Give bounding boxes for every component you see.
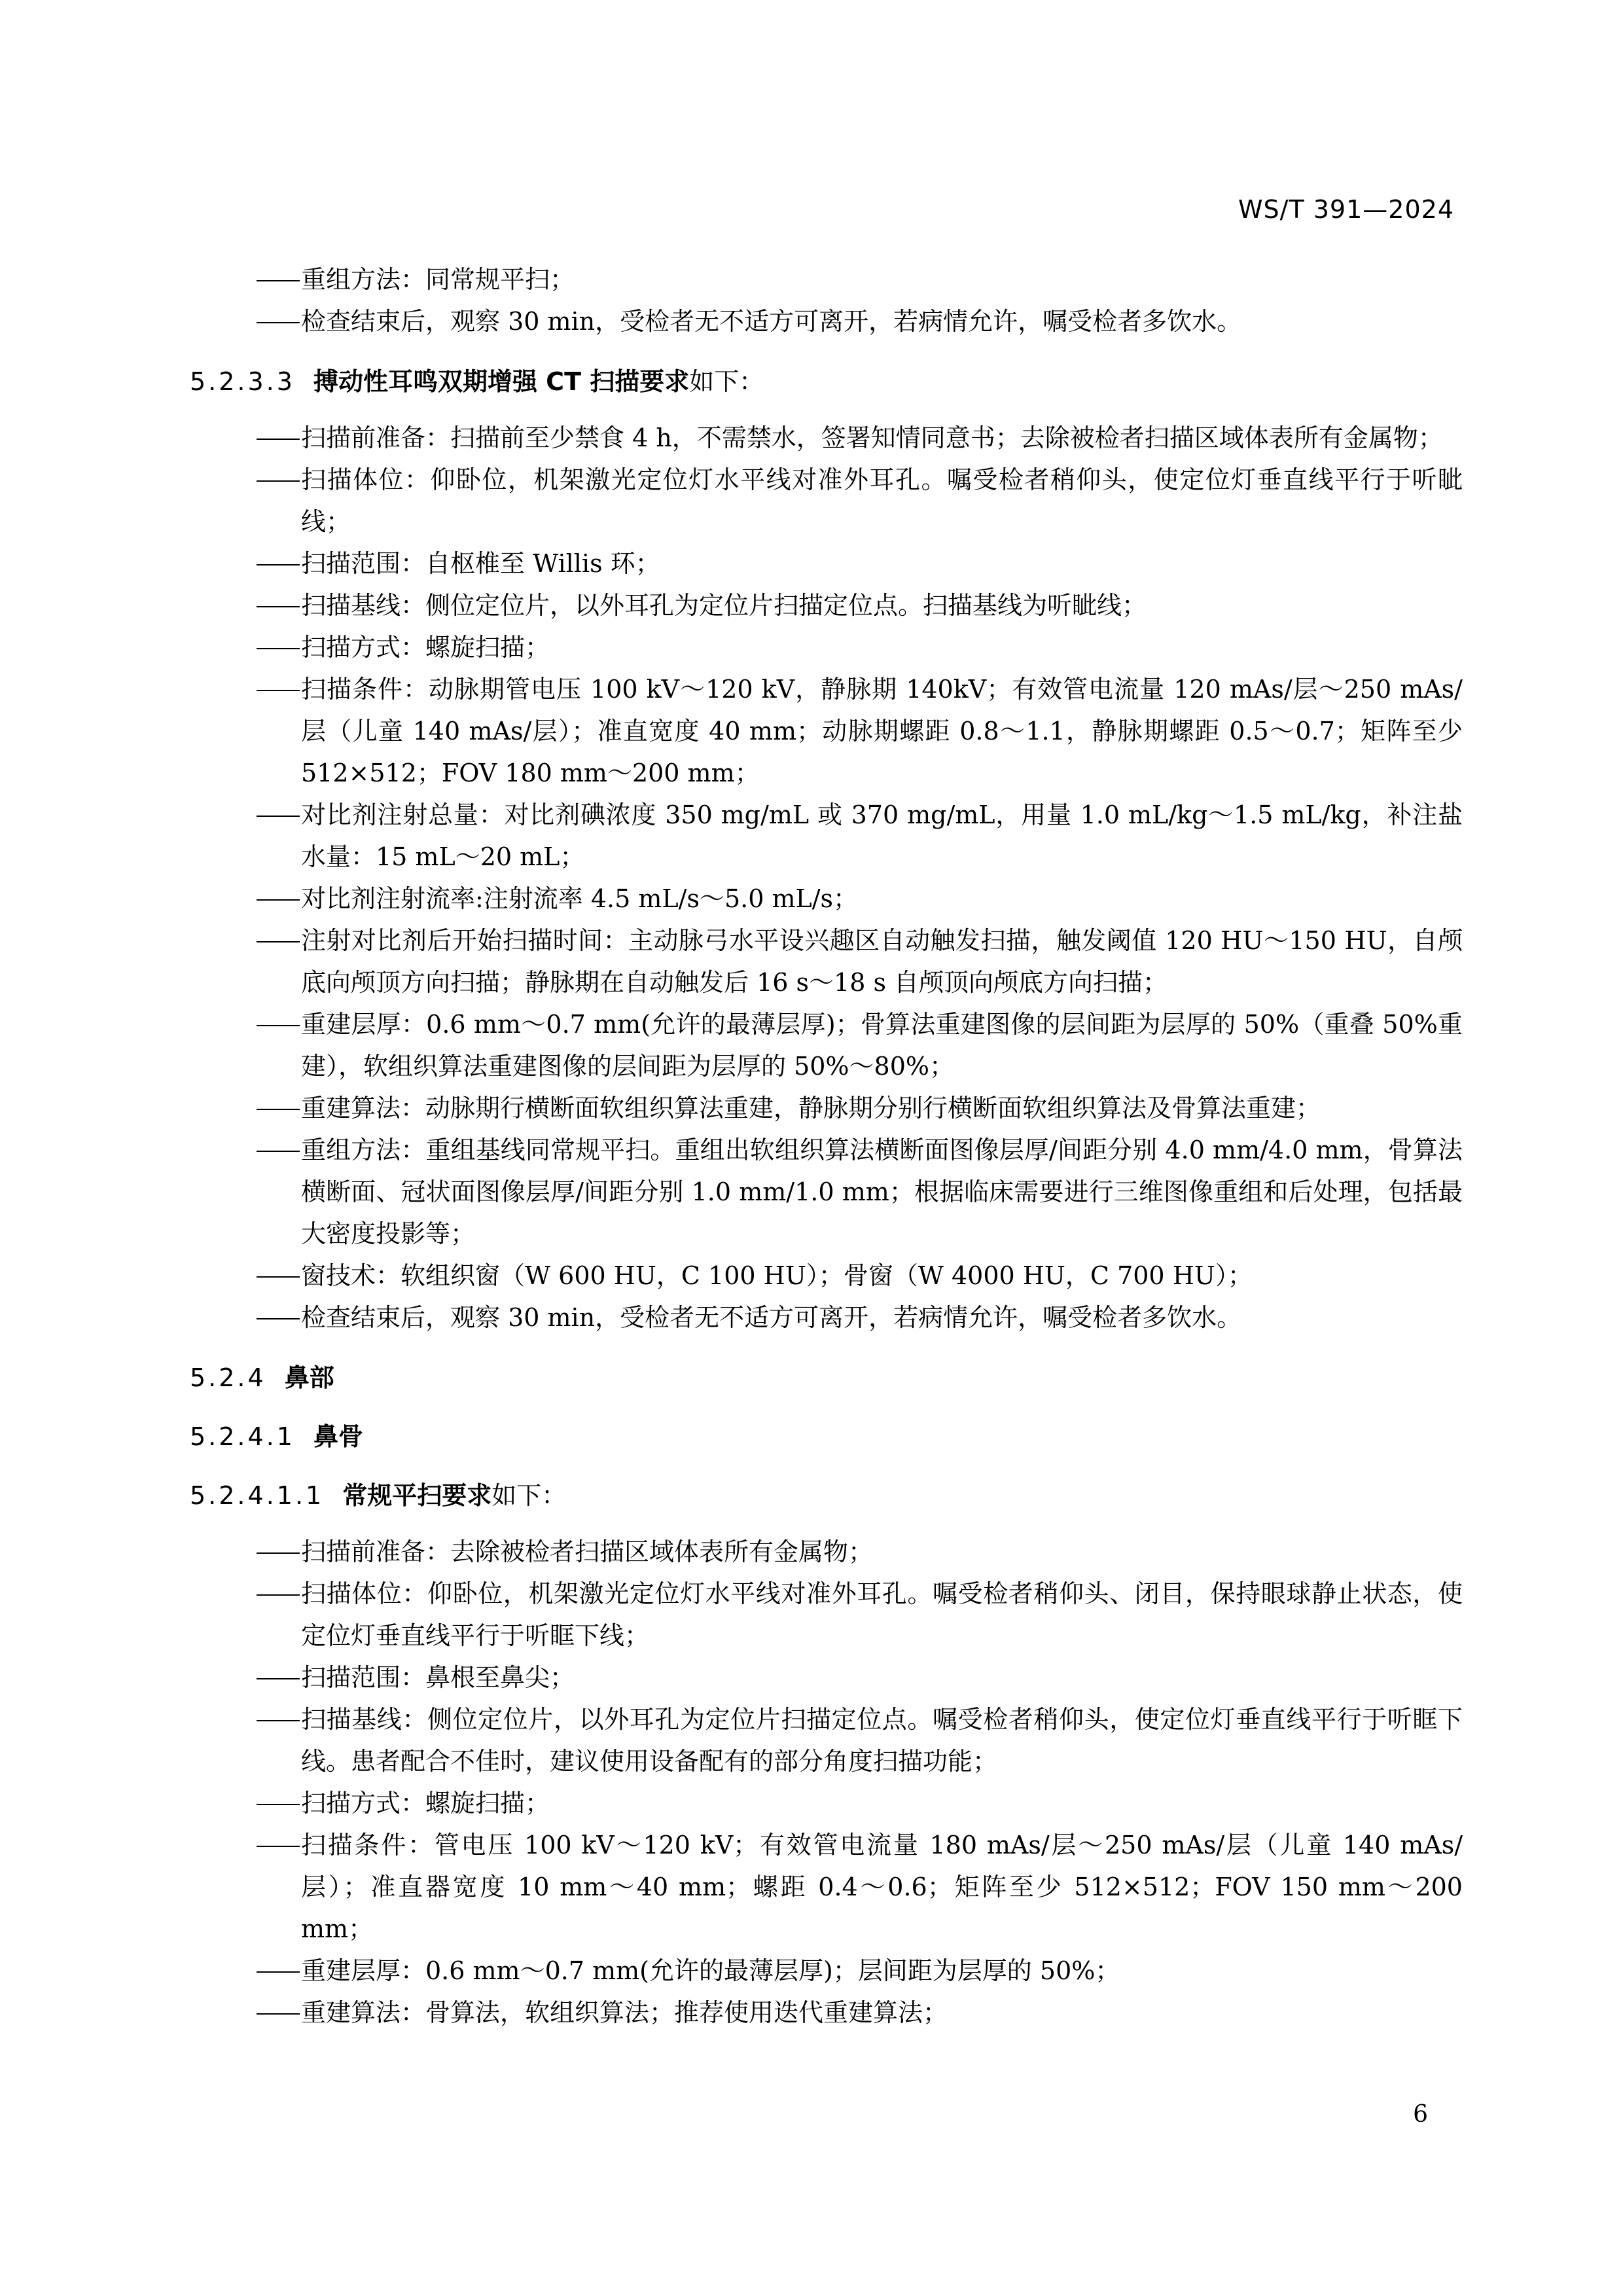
list-item: 扫描体位：仰卧位，机架激光定位灯水平线对准外耳孔。嘱受检者稍仰头，使定位灯垂直线… [190,459,1463,543]
list-item: 扫描体位：仰卧位，机架激光定位灯水平线对准外耳孔。嘱受检者稍仰头、闭目，保持眼球… [190,1573,1463,1657]
list-item-text: 窗技术：软组织窗（W 600 HU，C 100 HU）；骨窗（W 4000 HU… [301,1261,1253,1290]
list-item-text: 扫描前准备：扫描前至少禁食 4 h，不需禁水，签署知情同意书；去除被检者扫描区域… [301,423,1443,452]
list-item-text: 重建算法：动脉期行横断面软组织算法重建，静脉期分别行横断面软组织算法及骨算法重建… [301,1094,1321,1122]
section-heading-5-2-4: 5.2.4鼻部 [190,1358,1463,1397]
list-item: 检查结束后，观察 30 min，受检者无不适方可离开，若病情允许，嘱受检者多饮水… [190,1297,1463,1338]
section-title: 搏动性耳鸣双期增强 CT 扫描要求 [313,367,689,396]
list-item-text: 扫描范围：鼻根至鼻尖； [301,1663,575,1692]
list-item: 扫描前准备：扫描前至少禁食 4 h，不需禁水，签署知情同意书；去除被检者扫描区域… [190,417,1463,459]
list-item-text: 重组方法：同常规平扫； [301,265,575,294]
list-item-text: 扫描范围：自枢椎至 Willis 环； [301,549,660,578]
list-item: 扫描条件：管电压 100 kV～120 kV；有效管电流量 180 mAs/层～… [190,1824,1463,1950]
section-title: 常规平扫要求 [342,1481,491,1510]
section-suffix: 如下： [689,367,764,396]
section-title: 鼻部 [285,1363,334,1392]
list-item-text: 对比剂注射总量：对比剂碘浓度 350 mg/mL 或 370 mg/mL，用量 … [301,800,1463,871]
section-heading-5-2-4-1: 5.2.4.1鼻骨 [190,1417,1463,1456]
section-title: 鼻骨 [313,1422,363,1451]
list-item-text: 重建层厚：0.6 mm～0.7 mm(允许的最薄层厚)；骨算法重建图像的层间距为… [301,1010,1463,1081]
list-item-text: 重组方法：重组基线同常规平扫。重组出软组织算法横断面图像层厚/间距分别 4.0 … [301,1136,1463,1248]
standard-code: WS/T 391—2024 [1238,195,1454,224]
list-item: 对比剂注射流率:注射流率 4.5 mL/s～5.0 mL/s； [190,878,1463,920]
section-number: 5.2.4.1 [190,1417,295,1456]
list-item: 对比剂注射总量：对比剂碘浓度 350 mg/mL 或 370 mg/mL，用量 … [190,794,1463,878]
list-item: 扫描基线：侧位定位片，以外耳孔为定位片扫描定位点。嘱受检者稍仰头，使定位灯垂直线… [190,1698,1463,1782]
document-body: 重组方法：同常规平扫； 检查结束后，观察 30 min，受检者无不适方可离开，若… [190,259,1463,2034]
list-item: 扫描前准备：去除被检者扫描区域体表所有金属物； [190,1531,1463,1573]
list-item-text: 检查结束后，观察 30 min，受检者无不适方可离开，若病情允许，嘱受检者多饮水… [301,307,1241,336]
list-item: 扫描方式：螺旋扫描； [190,626,1463,668]
list-item: 扫描条件：动脉期管电压 100 kV～120 kV，静脉期 140kV；有效管电… [190,668,1463,794]
list-item-text: 扫描体位：仰卧位，机架激光定位灯水平线对准外耳孔。嘱受检者稍仰头，使定位灯垂直线… [301,465,1463,536]
section-number: 5.2.3.3 [190,362,295,401]
list-item: 注射对比剂后开始扫描时间：主动脉弓水平设兴趣区自动触发扫描，触发阈值 120 H… [190,920,1463,1003]
list-item-text: 扫描基线：侧位定位片，以外耳孔为定位片扫描定位点。嘱受检者稍仰头，使定位灯垂直线… [301,1705,1463,1776]
list-item-text: 扫描条件：动脉期管电压 100 kV～120 kV，静脉期 140kV；有效管电… [301,675,1463,787]
section-heading-5-2-3-3: 5.2.3.3搏动性耳鸣双期增强 CT 扫描要求如下： [190,362,1463,401]
list-item-text: 重建算法：骨算法，软组织算法；推荐使用迭代重建算法； [301,1998,948,2027]
list-item-text: 对比剂注射流率:注射流率 4.5 mL/s～5.0 mL/s； [301,884,858,913]
list-item-text: 扫描条件：管电压 100 kV～120 kV；有效管电流量 180 mAs/层～… [301,1831,1463,1943]
section-heading-5-2-4-1-1: 5.2.4.1.1常规平扫要求如下： [190,1476,1463,1515]
list-item: 重建层厚：0.6 mm～0.7 mm(允许的最薄层厚)；层间距为层厚的 50%； [190,1950,1463,1992]
list-item-text: 扫描方式：螺旋扫描； [301,633,550,662]
list-item: 重组方法：重组基线同常规平扫。重组出软组织算法横断面图像层厚/间距分别 4.0 … [190,1129,1463,1255]
list-item: 重建算法：动脉期行横断面软组织算法重建，静脉期分别行横断面软组织算法及骨算法重建… [190,1087,1463,1129]
list-item: 重组方法：同常规平扫； [190,259,1463,300]
list-item-text: 扫描体位：仰卧位，机架激光定位灯水平线对准外耳孔。嘱受检者稍仰头、闭目，保持眼球… [301,1579,1463,1650]
list-item: 重建层厚：0.6 mm～0.7 mm(允许的最薄层厚)；骨算法重建图像的层间距为… [190,1003,1463,1087]
section-number: 5.2.4.1.1 [190,1476,324,1515]
list-item: 扫描基线：侧位定位片，以外耳孔为定位片扫描定位点。扫描基线为听眦线； [190,584,1463,626]
list-item: 窗技术：软组织窗（W 600 HU，C 100 HU）；骨窗（W 4000 HU… [190,1255,1463,1297]
section-suffix: 如下： [491,1481,566,1510]
list-item: 扫描方式：螺旋扫描； [190,1782,1463,1824]
list-item-text: 重建层厚：0.6 mm～0.7 mm(允许的最薄层厚)；层间距为层厚的 50%； [301,1956,1120,1985]
list-item: 扫描范围：自枢椎至 Willis 环； [190,543,1463,584]
list-item-text: 扫描基线：侧位定位片，以外耳孔为定位片扫描定位点。扫描基线为听眦线； [301,591,1147,620]
page-number: 6 [1413,2101,1428,2128]
list-item-text: 扫描前准备：去除被检者扫描区域体表所有金属物； [301,1537,873,1566]
list-item-text: 扫描方式：螺旋扫描； [301,1789,550,1818]
list-item-text: 检查结束后，观察 30 min，受检者无不适方可离开，若病情允许，嘱受检者多饮水… [301,1303,1241,1332]
list-item: 扫描范围：鼻根至鼻尖； [190,1657,1463,1698]
list-item-text: 注射对比剂后开始扫描时间：主动脉弓水平设兴趣区自动触发扫描，触发阈值 120 H… [301,926,1463,997]
list-item: 检查结束后，观察 30 min，受检者无不适方可离开，若病情允许，嘱受检者多饮水… [190,300,1463,342]
list-item: 重建算法：骨算法，软组织算法；推荐使用迭代重建算法； [190,1992,1463,2034]
section-number: 5.2.4 [190,1358,266,1397]
